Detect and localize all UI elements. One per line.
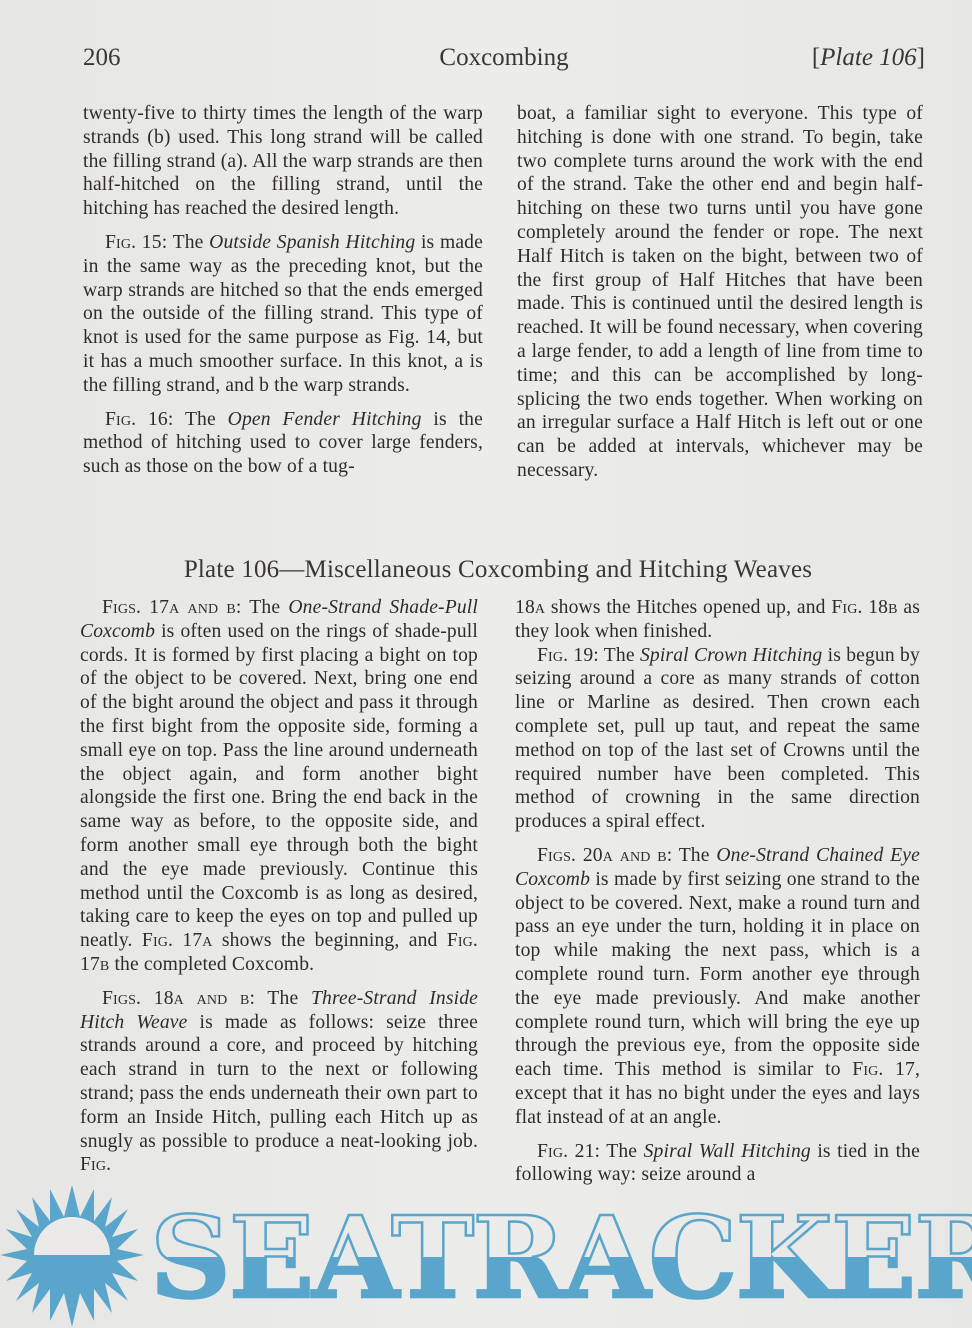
sun-icon	[0, 1185, 144, 1327]
paragraph-fig-19: Fig. 19: The Spiral Crown Hitching is be…	[515, 644, 920, 834]
chapter-title: Coxcombing	[83, 44, 925, 72]
paragraph-fig-16: Fig. 16: The Open Fender Hitching is the…	[83, 408, 483, 479]
book-page: 206 Coxcombing [Plate 106] twenty-five t…	[0, 0, 972, 1328]
figure-label: Fig. 16:	[105, 409, 173, 430]
figure-label: Figs. 18a and b:	[102, 988, 255, 1009]
knot-name: Spiral Crown Hitching	[640, 645, 822, 666]
figure-label: Fig. 19:	[537, 645, 599, 666]
column-top-right: boat, a familiar sight to everyone. This…	[517, 102, 923, 483]
figure-label: Figs. 17a and b:	[102, 597, 242, 618]
paragraph-fig-15: Fig. 15: The Outside Spanish Hitching is…	[83, 231, 483, 398]
plate-heading: Plate 106—Miscellaneous Coxcombing and H…	[80, 556, 916, 584]
figure-label: Figs. 20a and b:	[537, 845, 672, 866]
paragraph-fig-21: Fig. 21: The Spiral Wall Hitching is tie…	[515, 1140, 920, 1188]
knot-name: Spiral Wall Hitching	[644, 1141, 811, 1162]
figure-label: Fig. 15:	[105, 232, 167, 253]
watermark-text-fill: SEATRACKER.RU	[150, 1193, 972, 1324]
paragraph-continuation: twenty-five to thirty times the length o…	[83, 102, 483, 221]
paragraph-fig-17: Figs. 17a and b: The One-Strand Shade-Pu…	[80, 596, 478, 977]
knot-name: Outside Spanish Hitching	[209, 232, 415, 253]
column-top-left: twenty-five to thirty times the length o…	[83, 102, 483, 479]
plate-reference: [Plate 106]	[812, 44, 925, 72]
paragraph-fig-16-continued: boat, a familiar sight to everyone. This…	[517, 102, 923, 483]
watermark-text-outline: SEATRACKER.RU	[150, 1193, 972, 1324]
column-bottom-right: 18a shows the Hitches opened up, and Fig…	[515, 596, 920, 1187]
figure-label: Fig. 21:	[537, 1141, 600, 1162]
paragraph-fig-20: Figs. 20a and b: The One-Strand Chained …	[515, 844, 920, 1130]
paragraph-fig-18-continued: 18a shows the Hitches opened up, and Fig…	[515, 596, 920, 644]
running-head: 206 Coxcombing [Plate 106]	[83, 40, 925, 76]
watermark: SEATRACKER.RU SEATRACKER.RU	[0, 1185, 972, 1328]
column-bottom-left: Figs. 17a and b: The One-Strand Shade-Pu…	[80, 596, 478, 1177]
paragraph-fig-18: Figs. 18a and b: The Three-Strand Inside…	[80, 987, 478, 1177]
knot-name: Open Fender Hitching	[228, 409, 422, 430]
